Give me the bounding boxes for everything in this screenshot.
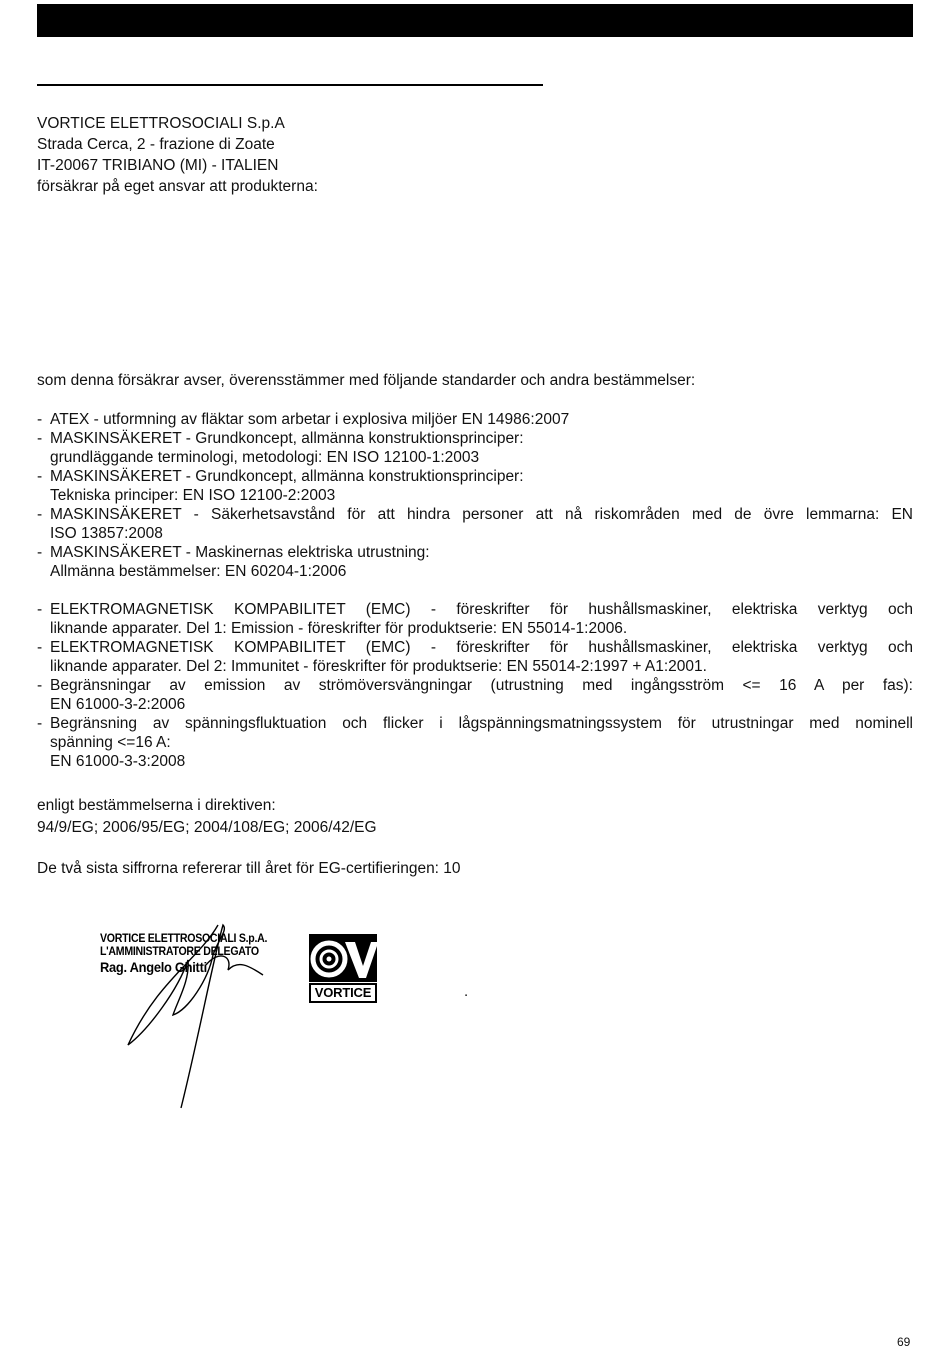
standard-line: MASKINSÄKERET - Grundkoncept, allmänna k… [50, 429, 913, 448]
directive-label: enligt bestämmelserna i direktiven: [37, 795, 377, 817]
standard-item: -MASKINSÄKERET - Grundkoncept, allmänna … [37, 429, 913, 467]
directive-block: enligt bestämmelserna i direktiven: 94/9… [37, 795, 377, 839]
vortice-logo: VORTICE [309, 934, 377, 1002]
standard-item: -ATEX - utformning av fläktar som arbeta… [37, 410, 913, 429]
standard-item: -Begränsning av spänningsfluktuation och… [37, 714, 913, 771]
address-line-1: Strada Cerca, 2 - frazione di Zoate [37, 134, 318, 155]
declaration-text: försäkrar på eget ansvar att produkterna… [37, 176, 318, 197]
standard-line: ATEX - utformning av fläktar som arbetar… [50, 410, 913, 429]
standard-line: ELEKTROMAGNETISK KOMPABILITET (EMC) - fö… [50, 600, 913, 619]
company-name: VORTICE ELETTROSOCIALI S.p.A [37, 113, 318, 134]
bullet-dash: - [37, 429, 50, 467]
company-address: VORTICE ELETTROSOCIALI S.p.A Strada Cerc… [37, 113, 318, 197]
standard-line: liknande apparater. Del 2: Immunitet - f… [50, 657, 913, 676]
bullet-dash: - [37, 600, 50, 638]
directive-list: 94/9/EG; 2006/95/EG; 2004/108/EG; 2006/4… [37, 817, 377, 839]
standard-line: EN 61000-3-3:2008 [50, 752, 913, 771]
bullet-dash: - [37, 505, 50, 543]
standard-line: MASKINSÄKERET - Maskinernas elektriska u… [50, 543, 913, 562]
standard-line: Begränsningar av emission av strömöversv… [50, 676, 913, 695]
standard-item: -ELEKTROMAGNETISK KOMPABILITET (EMC) - f… [37, 600, 913, 638]
standard-line: MASKINSÄKERET - Säkerhetsavstånd för att… [50, 505, 913, 524]
standards-list-2: -ELEKTROMAGNETISK KOMPABILITET (EMC) - f… [37, 600, 913, 771]
title-underline [37, 84, 543, 86]
address-line-2: IT-20067 TRIBIANO (MI) - ITALIEN [37, 155, 318, 176]
bullet-dash: - [37, 714, 50, 771]
standard-line: MASKINSÄKERET - Grundkoncept, allmänna k… [50, 467, 913, 486]
certification-note: De två sista siffrorna refererar till år… [37, 858, 461, 879]
standard-item: -MASKINSÄKERET - Maskinernas elektriska … [37, 543, 913, 581]
bullet-dash: - [37, 467, 50, 505]
standard-line: Begränsning av spänningsfluktuation och … [50, 714, 913, 733]
bullet-dash: - [37, 410, 50, 429]
standard-line: ELEKTROMAGNETISK KOMPABILITET (EMC) - fö… [50, 638, 913, 657]
header-bar [37, 4, 913, 37]
bullet-dash: - [37, 638, 50, 676]
standard-line: grundläggande terminologi, metodologi: E… [50, 448, 913, 467]
standard-line: Tekniska principer: EN ISO 12100-2:2003 [50, 486, 913, 505]
standard-line: EN 61000-3-2:2006 [50, 695, 913, 714]
vortice-wordmark: VORTICE [309, 983, 377, 1003]
standard-line: Allmänna bestämmelser: EN 60204-1:2006 [50, 562, 913, 581]
standard-line: spänning <=16 A: [50, 733, 913, 752]
standard-line: liknande apparater. Del 1: Emission - fö… [50, 619, 913, 638]
standard-item: -MASKINSÄKERET - Säkerhetsavstånd för at… [37, 505, 913, 543]
bullet-dash: - [37, 676, 50, 714]
signature-icon [118, 920, 278, 1115]
standard-item: -Begränsningar av emission av strömövers… [37, 676, 913, 714]
standard-line: ISO 13857:2008 [50, 524, 913, 543]
standard-item: -ELEKTROMAGNETISK KOMPABILITET (EMC) - f… [37, 638, 913, 676]
standards-list-1: -ATEX - utformning av fläktar som arbeta… [37, 410, 913, 581]
trailing-mark: . [464, 983, 468, 1000]
standard-item: -MASKINSÄKERET - Grundkoncept, allmänna … [37, 467, 913, 505]
bullet-dash: - [37, 543, 50, 581]
page-number: 69 [897, 1335, 910, 1349]
vortice-spiral-icon [309, 934, 377, 982]
intro-text: som denna försäkrar avser, överensstämme… [37, 370, 695, 391]
